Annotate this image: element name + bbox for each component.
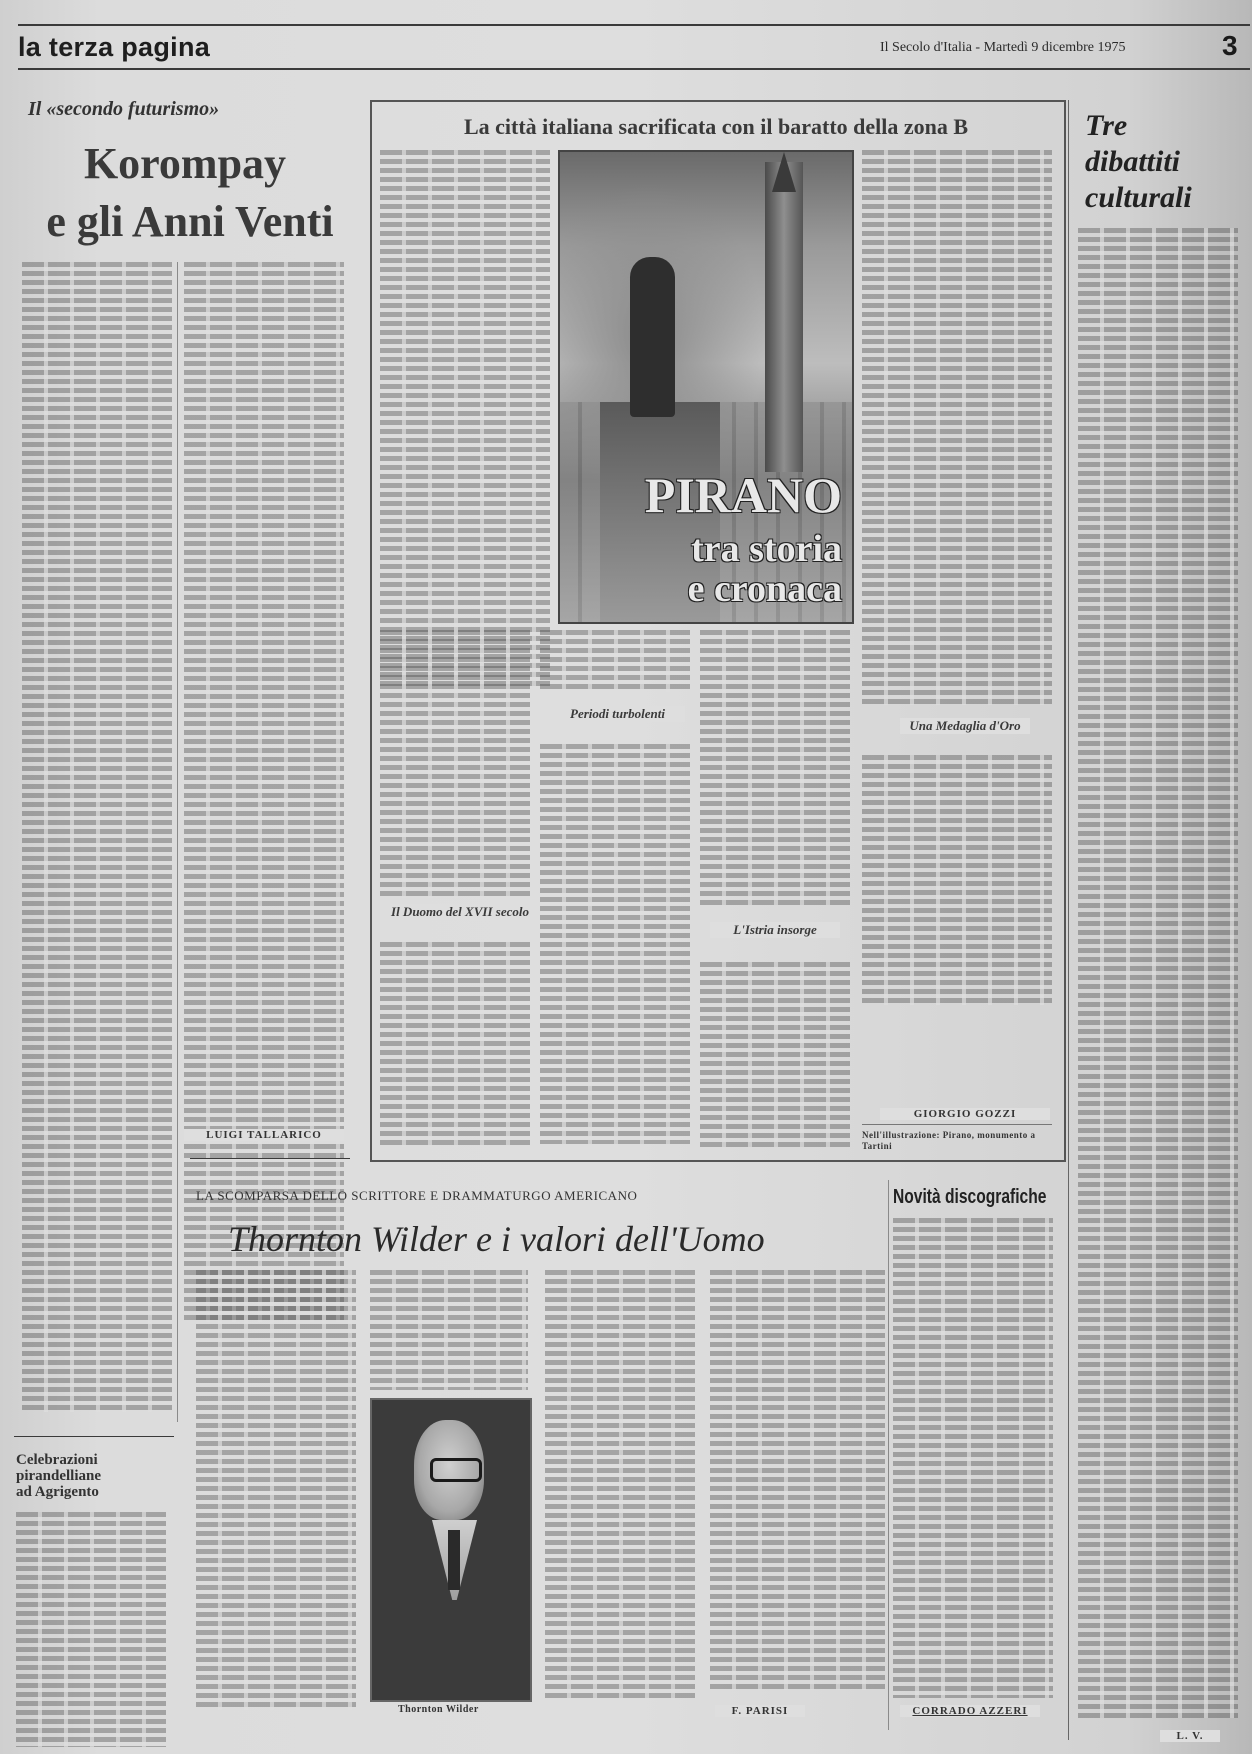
korompay-body-col1 [22, 262, 172, 1412]
dibattiti-body [1078, 228, 1238, 1718]
celebrazioni-headline: Celebrazioni pirandelliane ad Agrigento [16, 1452, 101, 1500]
korompay-byline: LUIGI TALLARICO [184, 1129, 344, 1141]
pirano-body-col3-mid [700, 630, 850, 905]
wilder-photo-caption: Thornton Wilder [398, 1704, 479, 1715]
wilder-body-col3 [545, 1270, 695, 1700]
photo-glasses [430, 1458, 482, 1482]
dibattiti-headline: Tre dibattiti culturali [1085, 108, 1192, 216]
korompay-headline-line2: e gli Anni Venti [20, 196, 360, 247]
pirano-body-col3-bottom [700, 962, 850, 1147]
pirano-body-col2-bottom [540, 744, 690, 1144]
korompay-body-col2 [184, 262, 344, 1322]
korompay-end-rule [190, 1158, 350, 1159]
pirano-photo-title-line1: PIRANO [645, 470, 842, 520]
photo-tie [448, 1530, 460, 1590]
pirano-body-col4-bottom [862, 755, 1052, 1005]
celebrazioni-headline-line2: pirandelliane [16, 1468, 101, 1484]
pirano-photo: PIRANO tra storia e cronaca [558, 150, 854, 624]
korompay-kicker: Il «secondo futurismo» [28, 98, 219, 121]
wilder-headline: Thornton Wilder e i valori dell'Uomo [228, 1218, 765, 1260]
pirano-body-col1-top [380, 150, 550, 690]
pirano-subhead-duomo: Il Duomo del XVII secolo [390, 904, 530, 920]
pirano-subhead-medaglia: Una Medaglia d'Oro [900, 718, 1030, 734]
pirano-body-col3-top [862, 150, 1052, 705]
page-number: 3 [1222, 30, 1238, 62]
pirano-byline: GIORGIO GOZZI [880, 1108, 1050, 1120]
pirano-subhead-periodi: Periodi turbolenti [550, 706, 685, 722]
novita-divider [888, 1180, 889, 1730]
pirano-photo-title-line3: e cronaca [688, 570, 842, 608]
dibattiti-headline-line1: Tre [1085, 108, 1192, 144]
pirano-body-col1-bottom [380, 942, 530, 1147]
pirano-headline: La città italiana sacrificata con il bar… [375, 114, 1057, 140]
section-title: la terza pagina [18, 32, 210, 63]
novita-byline: CORRADO AZZERI [900, 1705, 1040, 1717]
top-rule [18, 24, 1250, 26]
right-column-divider [1068, 100, 1069, 1740]
newspaper-page: la terza pagina Il Secolo d'Italia - Mar… [0, 0, 1252, 1754]
photo-tower-spire [772, 152, 796, 192]
novita-headline: Novità discografiche [893, 1186, 1046, 1209]
pirano-caption-rule [862, 1124, 1052, 1125]
dibattiti-headline-line3: culturali [1085, 180, 1192, 216]
dibattiti-headline-line2: dibattiti [1085, 144, 1192, 180]
pirano-photo-caption: Nell'illustrazione: Pirano, monumento a … [862, 1130, 1052, 1152]
masthead-bottom-rule [18, 68, 1250, 70]
pirano-subhead-istria: L'Istria insorge [710, 922, 840, 938]
pirano-body-col2-top [540, 630, 690, 692]
wilder-photo [370, 1398, 532, 1702]
pirano-body-col1-mid [380, 630, 530, 898]
column-divider [177, 262, 178, 1422]
wilder-byline: F. PARISI [715, 1705, 805, 1717]
photo-statue [630, 257, 675, 417]
dibattiti-byline: L. V. [1160, 1730, 1220, 1742]
novita-body [893, 1218, 1053, 1698]
celebrazioni-top-rule [14, 1436, 174, 1437]
wilder-kicker: LA SCOMPARSA DELLO SCRITTORE E DRAMMATUR… [196, 1188, 637, 1204]
celebrazioni-body [16, 1512, 166, 1747]
wilder-body-col1 [196, 1270, 356, 1710]
newspaper-date-line: Il Secolo d'Italia - Martedì 9 dicembre … [880, 40, 1126, 56]
photo-bell-tower [765, 162, 803, 472]
celebrazioni-headline-line1: Celebrazioni [16, 1452, 101, 1468]
wilder-body-col4 [710, 1270, 885, 1690]
korompay-headline-line1: Korompay [20, 138, 350, 189]
wilder-body-col2-top [370, 1270, 528, 1390]
pirano-photo-title-line2: tra storia [691, 530, 842, 568]
celebrazioni-headline-line3: ad Agrigento [16, 1484, 101, 1500]
